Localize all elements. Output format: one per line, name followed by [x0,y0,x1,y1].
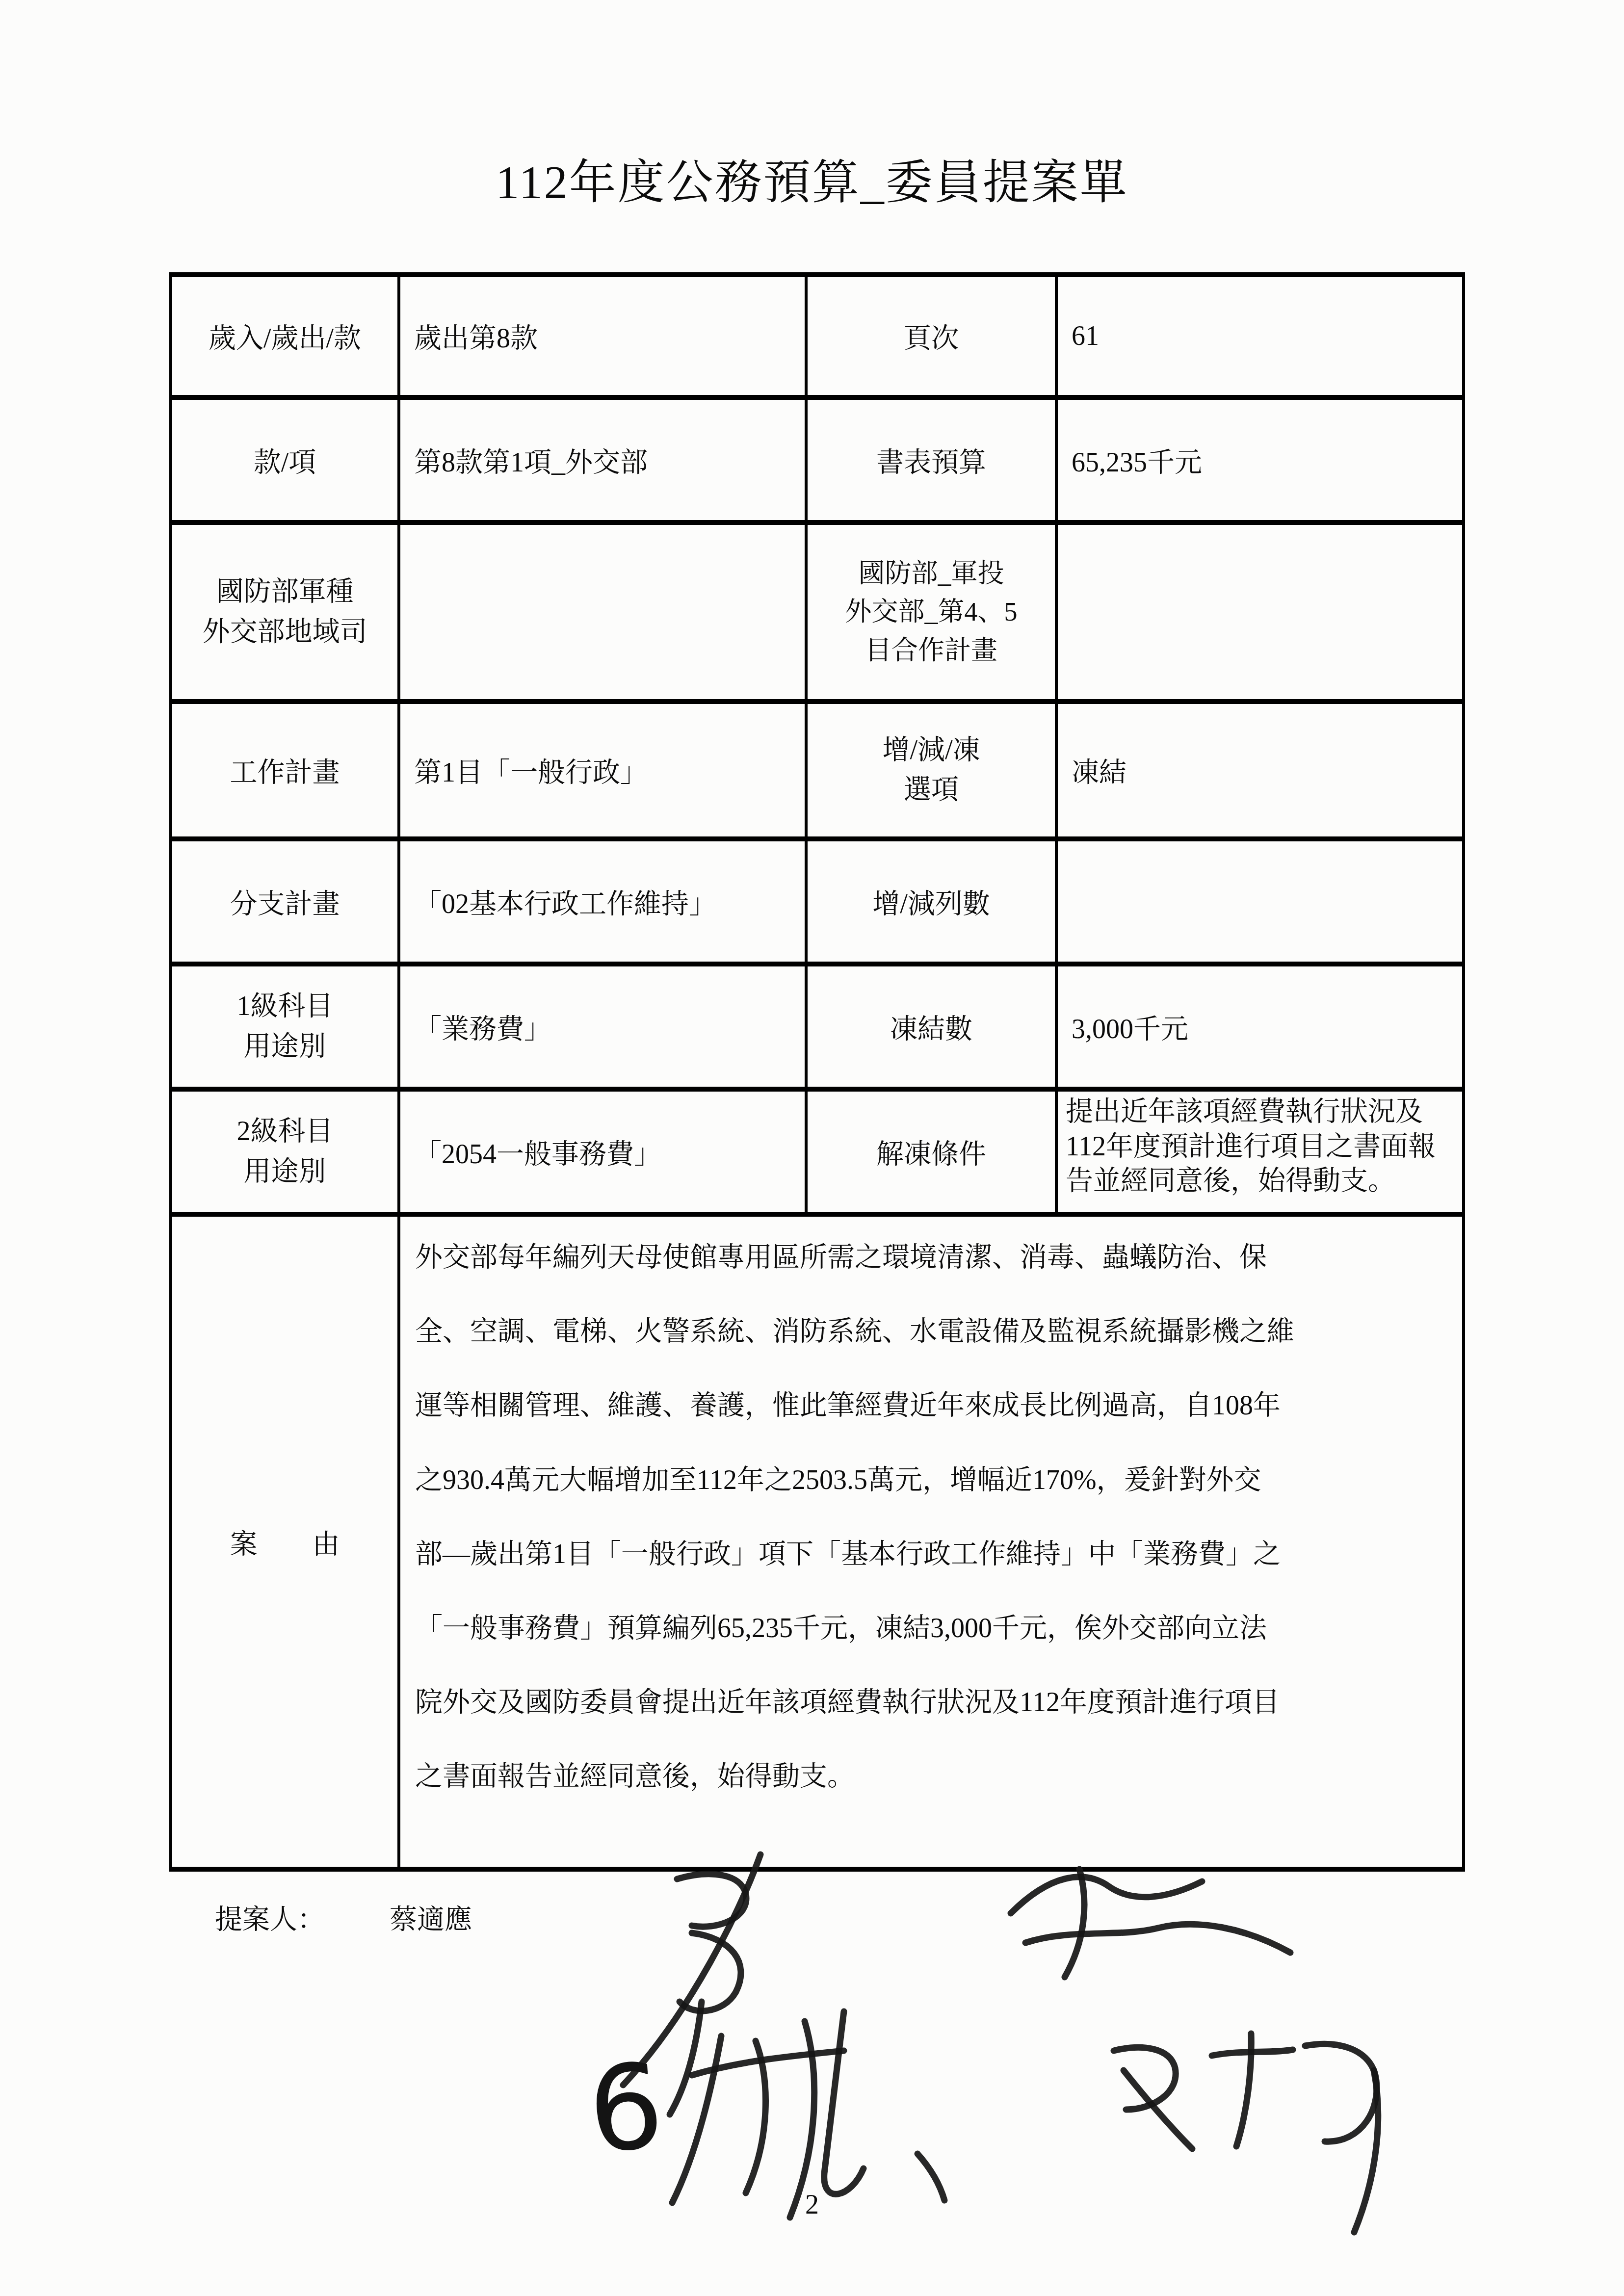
table-row: 案 由 外交部每年編列天母使館專用區所需之環境清潔、消毒、蟲蟻防治、保 全、空調… [171,1214,1464,1869]
case-reason-text: 外交部每年編列天母使館專用區所需之環境清潔、消毒、蟲蟻防治、保 全、空調、電梯、… [399,1214,1464,1869]
level1-subject-label: 1級科目 用途別 [171,964,399,1089]
freeze-amount-value: 3,000千元 [1056,964,1464,1089]
clause-item-value: 第8款第1項_外交部 [399,397,806,522]
level1-subject-value: 「業務費」 [399,964,806,1089]
proposer-label: 提案人： [215,1905,325,1935]
work-plan-value: 第1目「一般行政」 [399,702,806,839]
table-row: 歲入/歲出/款 歲出第8款 頁次 61 [171,275,1464,397]
proposer-row: 提案人： 蔡適應 [215,1898,472,1937]
adjust-amount-label: 增/減列數 [806,839,1056,964]
unfreeze-condition-label: 解凍條件 [806,1089,1056,1214]
table-row: 2級科目 用途別 「2054一般事務費」 解凍條件 提出近年該項經費執行狀況及1… [171,1089,1464,1214]
defense-branch-label: 國防部軍種 外交部地域司 [171,522,399,702]
defense-investment-value [1056,522,1464,702]
signature-stroke-2 [1011,1869,1290,1977]
table-row: 工作計畫 第1目「一般行政」 增/減/凍 選項 凍結 [171,702,1464,839]
unfreeze-condition-value: 提出近年該項經費執行狀況及112年度預計進行項目之書面報告並經同意後，始得動支。 [1056,1089,1464,1214]
handwritten-number: 6 [585,2048,667,2170]
defense-branch-value [399,522,806,702]
book-budget-value: 65,235千元 [1056,397,1464,522]
page-index-value: 61 [1056,275,1464,397]
defense-investment-label: 國防部_軍投 外交部_第4、5 目合作計畫 [806,522,1056,702]
proposer-name: 蔡適應 [390,1905,472,1935]
level2-subject-label: 2級科目 用途別 [171,1089,399,1214]
adjust-option-value: 凍結 [1056,702,1464,839]
table-row: 款/項 第8款第1項_外交部 書表預算 65,235千元 [171,397,1464,522]
level2-subject-value: 「2054一般事務費」 [399,1089,806,1214]
page-index-label: 頁次 [806,275,1056,397]
book-budget-label: 書表預算 [806,397,1056,522]
branch-plan-label: 分支計畫 [171,839,399,964]
adjust-option-label: 增/減/凍 選項 [806,702,1056,839]
revenue-expense-clause-label: 歲入/歲出/款 [171,275,399,397]
revenue-expense-clause-value: 歲出第8款 [399,275,806,397]
proposal-table: 歲入/歲出/款 歲出第8款 頁次 61 款/項 第8款第1項_外交部 書表預算 … [169,272,1465,1872]
page-title: 112年度公務預算_委員提案單 [0,145,1624,212]
freeze-amount-label: 凍結數 [806,964,1056,1089]
branch-plan-value: 「02基本行政工作維持」 [399,839,806,964]
work-plan-label: 工作計畫 [171,702,399,839]
case-reason-label: 案 由 [171,1214,399,1869]
signature-stroke-3 [672,2011,944,2218]
clause-item-label: 款/項 [171,397,399,522]
table-row: 國防部軍種 外交部地域司 國防部_軍投 外交部_第4、5 目合作計畫 [171,522,1464,702]
page-number: 2 [0,2189,1624,2220]
table-row: 1級科目 用途別 「業務費」 凍結數 3,000千元 [171,964,1464,1089]
adjust-amount-value [1056,839,1464,964]
table-row: 分支計畫 「02基本行政工作維持」 增/減列數 [171,839,1464,964]
